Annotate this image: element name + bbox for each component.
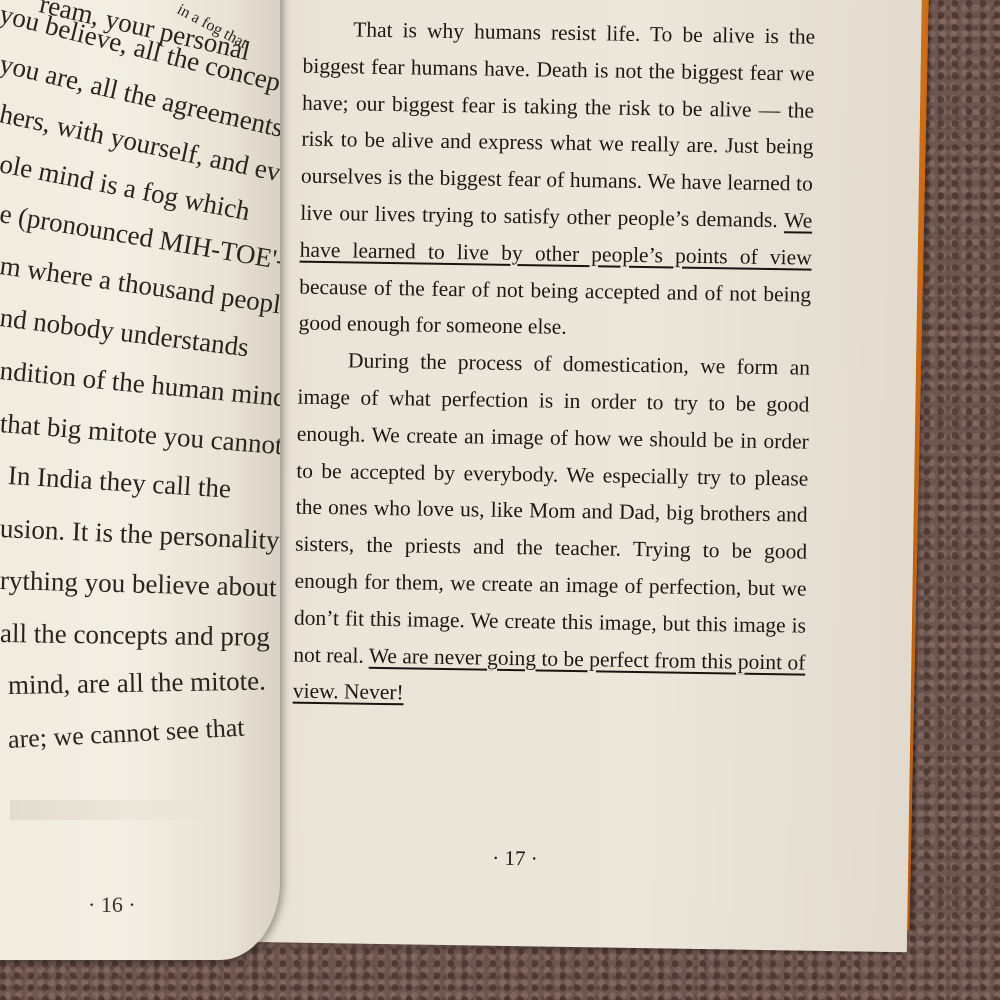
paragraph-2: During the process of domestication, we … bbox=[293, 342, 811, 718]
page-17: That is why humans resist life. To be al… bbox=[247, 0, 922, 952]
page-number-16: · 16 · bbox=[88, 892, 136, 918]
underlined-passage-2: We are never going to be perfect from th… bbox=[293, 643, 806, 704]
paragraph-1: That is why humans resist life. To be al… bbox=[298, 11, 815, 350]
page-16: in a fog that ream, your personal you be… bbox=[0, 0, 280, 960]
page-16-line: nd nobody understands bbox=[0, 302, 251, 363]
page-16-line: usion. It is the personality bbox=[0, 513, 280, 556]
page-16-line: rything you believe about bbox=[0, 565, 277, 603]
page-number-17: · 17 · bbox=[492, 846, 538, 872]
page-16-line: In India they call the bbox=[7, 460, 232, 505]
page-16-line: all the concepts and prog bbox=[0, 618, 270, 653]
page-16-line: ndition of the human mind bbox=[0, 355, 280, 413]
page-16-line: mind, are all the mitote. bbox=[8, 666, 266, 701]
page-16-line: are; we cannot see that bbox=[7, 713, 245, 755]
faint-show-through-text bbox=[10, 800, 210, 820]
page-16-line: that big mitote you cannot bbox=[0, 408, 280, 461]
page-17-body: That is why humans resist life. To be al… bbox=[293, 11, 816, 718]
